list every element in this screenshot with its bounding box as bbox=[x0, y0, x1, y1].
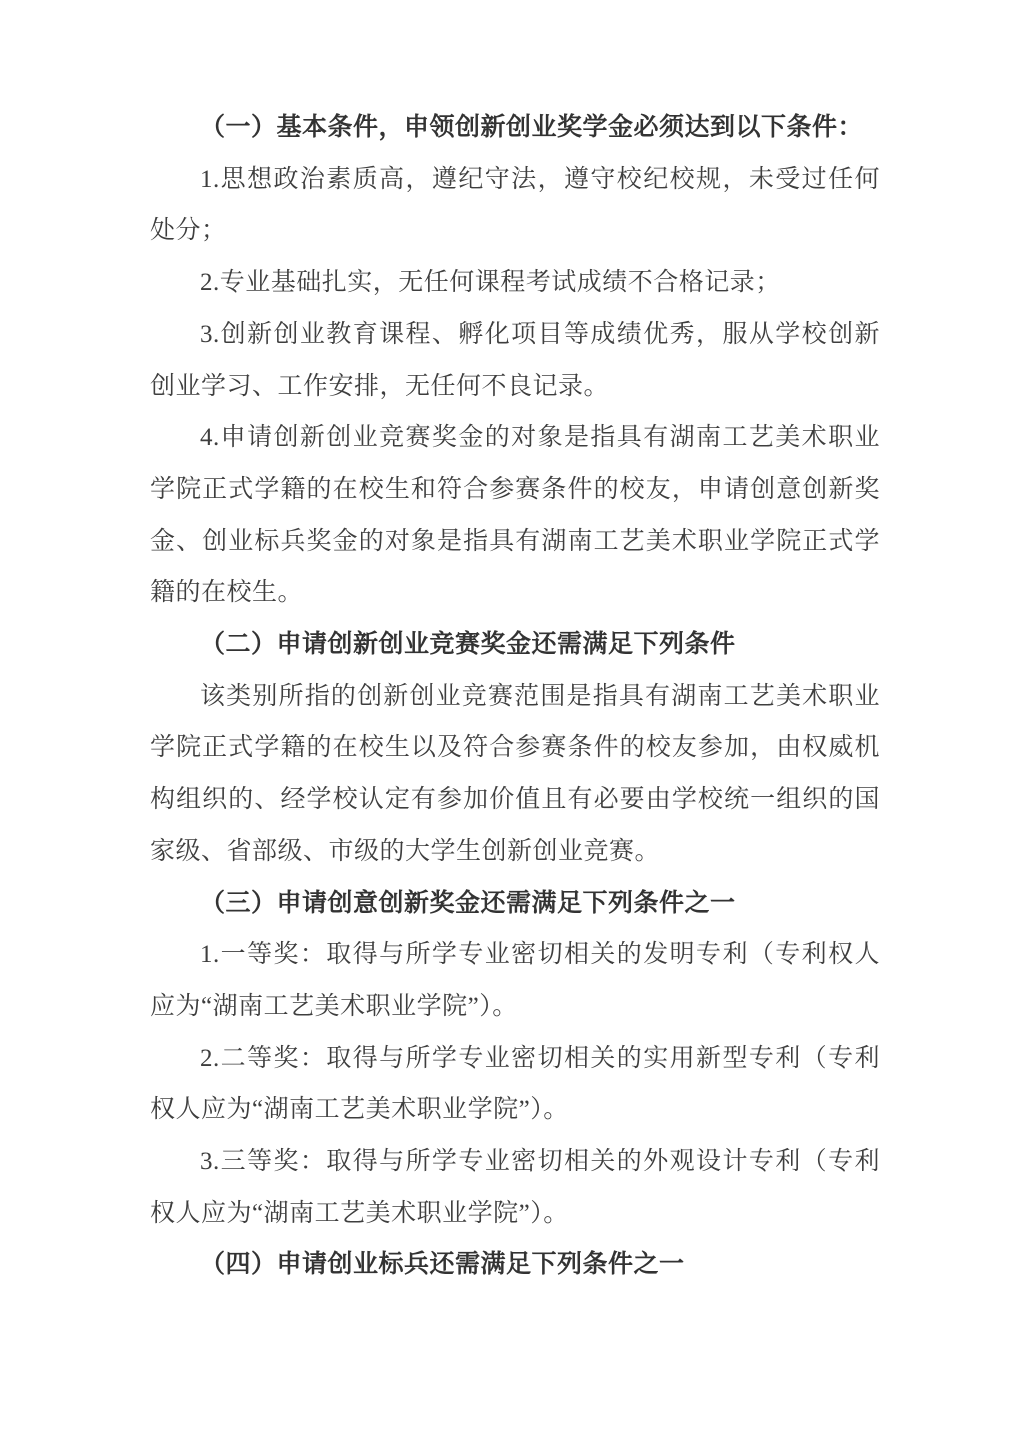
paragraph: 1.一等奖：取得与所学专业密切相关的发明专利（专利权人应为“湖南工艺美术职业学院… bbox=[150, 929, 880, 1032]
section-heading: （四）申请创业标兵还需满足下列条件之一 bbox=[150, 1239, 880, 1291]
paragraph: 3.创新创业教育课程、孵化项目等成绩优秀，服从学校创新创业学习、工作安排，无任何… bbox=[150, 309, 880, 412]
document-page: （一）基本条件，申领创新创业奖学金必须达到以下条件：1.思想政治素质高，遵纪守法… bbox=[0, 0, 1024, 1448]
paragraph: 2.二等奖：取得与所学专业密切相关的实用新型专利（专利权人应为“湖南工艺美术职业… bbox=[150, 1033, 880, 1136]
section-heading: （二）申请创新创业竞赛奖金还需满足下列条件 bbox=[150, 619, 880, 671]
paragraph: 该类别所指的创新创业竞赛范围是指具有湖南工艺美术职业学院正式学籍的在校生以及符合… bbox=[150, 671, 880, 878]
section-heading: （三）申请创意创新奖金还需满足下列条件之一 bbox=[150, 878, 880, 930]
paragraph: 1.思想政治素质高，遵纪守法，遵守校纪校规，未受过任何处分； bbox=[150, 154, 880, 257]
paragraph: 4.申请创新创业竞赛奖金的对象是指具有湖南工艺美术职业学院正式学籍的在校生和符合… bbox=[150, 412, 880, 619]
paragraph: 2.专业基础扎实，无任何课程考试成绩不合格记录； bbox=[150, 257, 880, 309]
paragraph: 3.三等奖：取得与所学专业密切相关的外观设计专利（专利权人应为“湖南工艺美术职业… bbox=[150, 1136, 880, 1239]
section-heading: （一）基本条件，申领创新创业奖学金必须达到以下条件： bbox=[150, 102, 880, 154]
document-body: （一）基本条件，申领创新创业奖学金必须达到以下条件：1.思想政治素质高，遵纪守法… bbox=[150, 102, 880, 1291]
